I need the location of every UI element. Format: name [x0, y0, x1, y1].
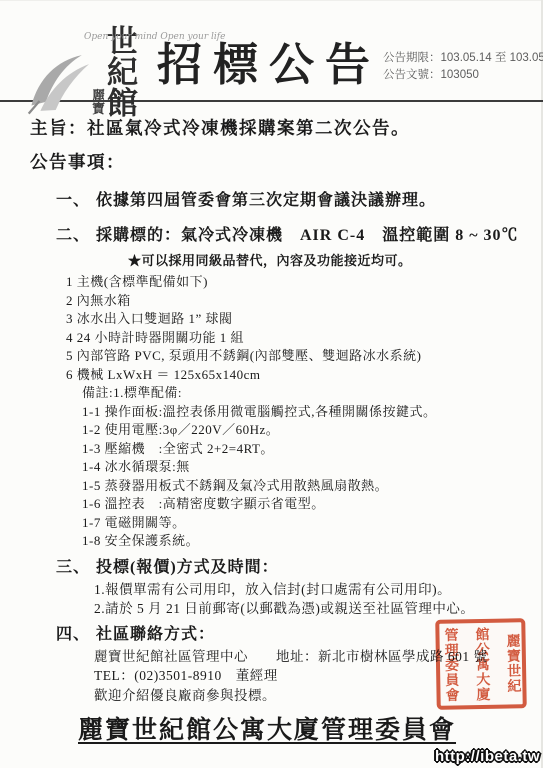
- item-3-text: 投標(報價)方式及時間：: [96, 554, 279, 577]
- spec-line: 6 機械 LxWxH ＝ 125x65x140cm: [66, 366, 543, 385]
- announcement-number: 公告文號：103050: [383, 67, 543, 84]
- item-1-number: 一、: [56, 187, 96, 210]
- tender-announcement-page: Open your mind Open your life 麗寶 世紀館 招標公…: [0, 0, 543, 768]
- brand-small-text: 麗寶: [92, 89, 105, 115]
- spec-line: 4 24 小時計時器開關功能 1 組: [66, 329, 543, 348]
- std-equipment-line: 1-2 使用電壓:3φ／220V／60Hz。: [82, 421, 543, 440]
- announcement-period: 公告期限：103.05.14 至 103.05.21: [383, 50, 543, 67]
- ibeta-watermark: http://ibeta.tw: [435, 748, 540, 765]
- bid-step: 1.報價單需有公司用印，放入信封(封口處需有公司用印)。: [94, 580, 543, 599]
- spec-line: 5 內部管路 PVC, 泵頭用不銹鋼(內部雙壓、雙迴路冰水系統): [66, 347, 543, 366]
- std-equipment-line: 1-8 安全保護系統。: [82, 532, 543, 551]
- announcement-items-heading: 公告事項：: [30, 149, 543, 174]
- item-2-number: 二、: [56, 222, 96, 245]
- std-equipment-line: 1-5 蒸發器用板式不銹鋼及氣冷式用散熱風扇散熱。: [82, 477, 543, 496]
- seal-column-right: 麗寶世紀: [504, 624, 519, 702]
- std-equipment-line: 1-6 溫控表 :高精密度數字顯示省電型。: [82, 495, 543, 514]
- item-2-text: 採購標的：氣冷式冷凍機 AIR C-4 溫控範圍 8 ~ 30℃: [96, 222, 519, 245]
- item-1: 一、 依據第四屆管委會第三次定期會議決議辦理。: [56, 187, 543, 210]
- spec-line: 3 冰水出入口雙迴路 1” 球閥: [66, 310, 543, 329]
- document-title: 招標公告: [157, 42, 381, 87]
- logo-tagline: Open your mind Open your life: [84, 32, 225, 42]
- feather-quill-icon: [26, 50, 98, 121]
- std-equipment-line: 1-4 冰水循環泵:無: [82, 458, 543, 477]
- item-3: 三、 投標(報價)方式及時間：: [56, 554, 543, 577]
- management-committee-seal: 管理委員會 館公寓大廈 麗寶世紀: [435, 618, 527, 710]
- spec-line: 1 主機(含標準配備如下): [66, 273, 543, 292]
- std-equipment-line: 1-1 操作面板:溫控表係用微電腦觸控式,各種開關係按鍵式。: [82, 403, 543, 422]
- item-2: 二、 採購標的：氣冷式冷凍機 AIR C-4 溫控範圍 8 ~ 30℃: [56, 222, 543, 245]
- item-1-text: 依據第四屆管委會第三次定期會議決議辦理。: [96, 187, 436, 210]
- header-meta: 公告期限：103.05.14 至 103.05.21 公告文號：103050: [383, 50, 543, 84]
- std-equipment-line: 1-3 壓縮機 :全密式 2+2=4RT。: [82, 440, 543, 459]
- item-3-number: 三、: [56, 554, 96, 577]
- header: Open your mind Open your life 麗寶 世紀館 招標公…: [0, 0, 543, 102]
- item-4-number: 四、: [56, 621, 96, 644]
- substitute-note: ★可以採用同級品替代，內容及功能接近均可。: [128, 250, 543, 269]
- seal-column-middle: 館公寓大廈: [473, 625, 488, 703]
- bid-step: 2.請於 5 月 21 日前郵寄(以郵戳為憑)或親送至社區管理中心。: [94, 599, 543, 618]
- committee-signature: 麗寶世紀館公寓大廈管理委員會: [78, 710, 543, 746]
- std-equipment-line: 1-7 電磁開關等。: [82, 514, 543, 533]
- seal-column-left: 管理委員會: [442, 625, 457, 703]
- remark-line: 備註:1.標準配備:: [82, 384, 543, 403]
- spec-line: 2 內無水箱: [66, 292, 543, 311]
- item-4-text: 社區聯絡方式：: [96, 621, 215, 644]
- logo: Open your mind Open your life 麗寶 世紀館: [0, 0, 141, 121]
